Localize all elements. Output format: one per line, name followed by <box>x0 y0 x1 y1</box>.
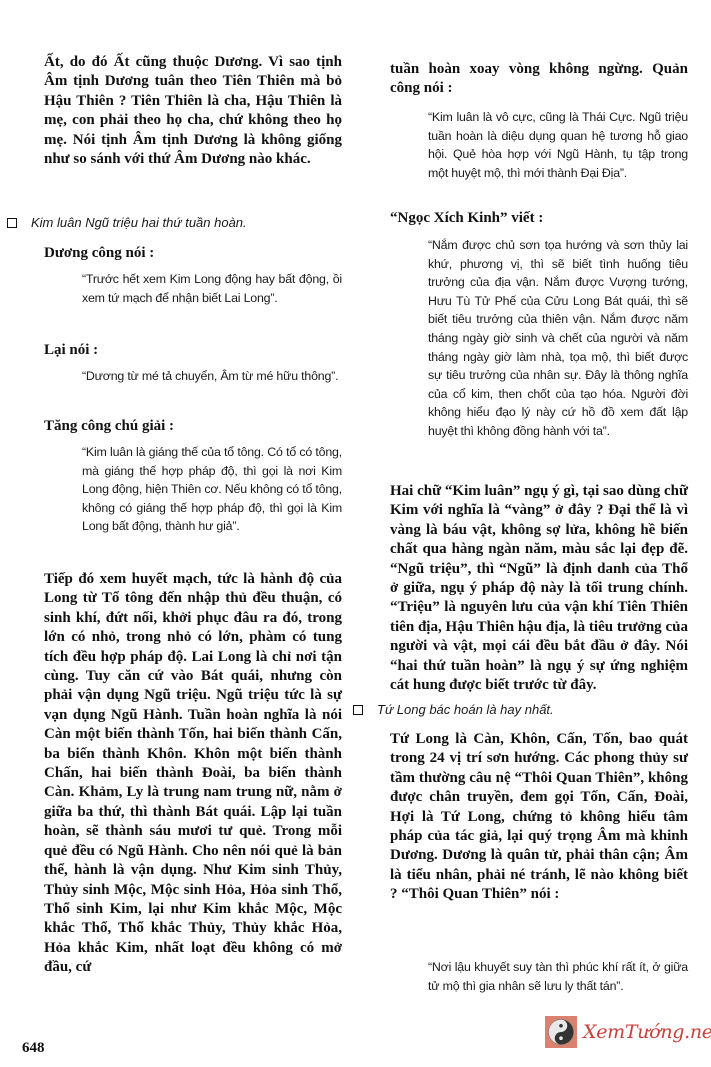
quote-1: “Trước hết xem Kim Long động hay bất độn… <box>82 270 342 307</box>
quote-4: “Kim luân là vô cực, cũng là Thái Cực. N… <box>428 108 688 182</box>
intro-ngoc-xich-kinh: “Ngọc Xích Kinh” viết : <box>390 208 543 228</box>
left-paragraph-2: Tiếp đó xem huyết mạch, tức là hành độ c… <box>44 570 342 978</box>
watermark-text: XemTướng.net <box>583 1021 711 1043</box>
section-heading-text: Tứ Long bác hoán là hay nhất. <box>377 701 554 719</box>
checkbox-bullet-icon <box>353 705 363 715</box>
page-number: 648 <box>22 1040 45 1057</box>
checkbox-bullet-icon <box>7 218 17 228</box>
right-paragraph-1: tuần hoàn xoay vòng không ngừng. Quản cô… <box>390 60 688 99</box>
quote-6: “Nơi lậu khuyết suy tàn thì phúc khí rất… <box>428 958 688 995</box>
watermark: XemTướng.net <box>545 1015 711 1049</box>
section-heading-tu-long: Tứ Long bác hoán là hay nhất. <box>353 701 554 719</box>
intro-lai-noi: Lại nói : <box>44 340 98 360</box>
quote-3: “Kim luân là giáng thế của tổ tông. Có t… <box>82 443 342 536</box>
intro-tang-cong: Tăng công chú giải : <box>44 416 174 436</box>
intro-duong-cong: Dương công nói : <box>44 243 154 263</box>
left-paragraph-1: Ất, do đó Ất cũng thuộc Dương. Vì sao tị… <box>44 53 342 169</box>
section-heading-text: Kim luân Ngũ triệu hai thứ tuần hoàn. <box>31 214 247 232</box>
right-paragraph-3: Tứ Long là Càn, Khôn, Cấn, Tốn, bao quát… <box>390 730 688 905</box>
quote-5: “Nắm được chủ sơn tọa hướng và sơn thủy … <box>428 236 688 441</box>
section-heading-kim-luan: Kim luân Ngũ triệu hai thứ tuần hoàn. <box>7 214 247 232</box>
yin-yang-icon <box>545 1016 577 1048</box>
right-paragraph-2: Hai chữ “Kim luân” ngụ ý gì, tại sao dùn… <box>390 482 688 695</box>
quote-2: “Dương từ mé tả chuyển, Âm từ mé hữu thô… <box>82 367 342 386</box>
